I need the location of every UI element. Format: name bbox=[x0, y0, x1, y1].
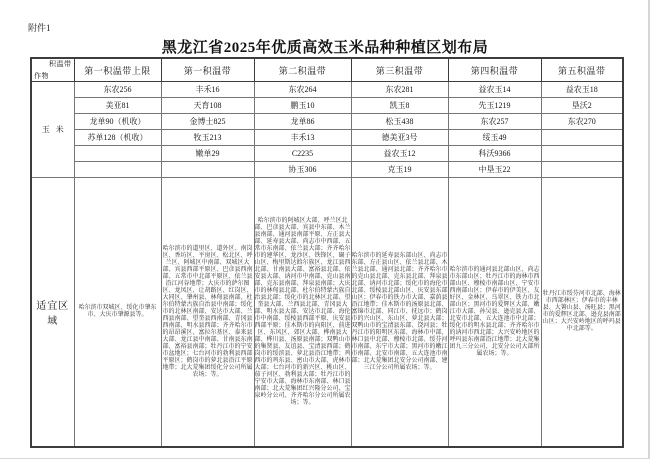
attachment-label: 附件1 bbox=[28, 21, 51, 34]
col-header-zone4: 第四积温带 bbox=[448, 58, 541, 82]
variety-cell: 德美亚3号 bbox=[351, 130, 448, 146]
variety-cell: 天育108 bbox=[161, 98, 254, 114]
variety-cell bbox=[541, 146, 623, 162]
variety-cell: 东农281 bbox=[351, 82, 448, 98]
variety-cell bbox=[74, 162, 161, 178]
variety-cell: 美亚81 bbox=[74, 98, 161, 114]
col-header-zone1: 第一积温带 bbox=[161, 58, 254, 82]
document-page: 附件1 黑龙江省2025年优质高效玉米品种种植区划布局 积温带 作物 第一积温带… bbox=[0, 0, 650, 459]
variety-cell: 丰禾16 bbox=[161, 82, 254, 98]
variety-cell bbox=[541, 162, 623, 178]
variety-cell: 金博士825 bbox=[161, 114, 254, 130]
variety-cell: 苏单128（机收） bbox=[74, 130, 161, 146]
page-title: 黑龙江省2025年优质高效玉米品种种植区划布局 bbox=[0, 36, 650, 57]
variety-cell: 东农256 bbox=[74, 82, 161, 98]
variety-cell: 中垦玉22 bbox=[448, 162, 541, 178]
col-header-zone3: 第三积温带 bbox=[351, 58, 448, 82]
corner-label-crop: 作物 bbox=[34, 71, 49, 81]
variety-cell: 嫩单29 bbox=[161, 146, 254, 162]
variety-cell: 先玉1219 bbox=[448, 98, 541, 114]
corner-label-zone: 积温带 bbox=[49, 59, 72, 69]
col-header-zone1-upper: 第一积温带上限 bbox=[74, 58, 161, 82]
variety-cell: 垦沃2 bbox=[541, 98, 623, 114]
variety-cell: 克玉19 bbox=[351, 162, 448, 178]
corner-cell: 积温带 作物 bbox=[31, 58, 74, 82]
variety-cell: 鹏玉10 bbox=[254, 98, 351, 114]
variety-row: 协玉306 克玉19 中垦玉22 bbox=[31, 162, 623, 178]
variety-cell bbox=[161, 162, 254, 178]
region-text-zone2: 哈尔滨市的阿城区大部、呼兰区北部、巴彦县大部、宾县中东部、木兰县南部、通河县南部… bbox=[254, 178, 351, 448]
crop-label: 玉米 bbox=[31, 82, 74, 178]
region-text-zone4: 哈尔滨市的通河县北部山区、尚志市东部山区；牡丹江市的海林市西部山区、穆棱市南部山… bbox=[448, 178, 541, 448]
region-text-zone5: 牡丹江市绥芬河市北部、海林市西部林区；伊春市的丰林县、大箐山县、汤旺县；黑河市的… bbox=[541, 178, 623, 448]
variety-row: 嫩单29 C2235 益农玉12 科沃9366 bbox=[31, 146, 623, 162]
variety-cell: 益农玉14 bbox=[448, 82, 541, 98]
col-header-zone5: 第五积温带 bbox=[541, 58, 623, 82]
variety-cell: 龙单90（机收） bbox=[74, 114, 161, 130]
zoning-table: 积温带 作物 第一积温带上限 第一积温带 第二积温带 第三积温带 第四积温带 第… bbox=[30, 57, 624, 448]
variety-cell bbox=[541, 130, 623, 146]
variety-cell: 绥玉49 bbox=[448, 130, 541, 146]
variety-cell: 龙单86 bbox=[254, 114, 351, 130]
variety-cell: 松玉438 bbox=[351, 114, 448, 130]
region-row: 适宜区域 哈尔滨市双城区、绥化市肇东市、大庆市肇源县等。 哈尔滨市的道里区、道外… bbox=[31, 178, 623, 448]
variety-cell: 牧玉213 bbox=[161, 130, 254, 146]
variety-row: 玉米 东农256 丰禾16 东农264 东农281 益农玉14 益农玉18 bbox=[31, 82, 623, 98]
variety-row: 美亚81 天育108 鹏玉10 凯玉8 先玉1219 垦沃2 bbox=[31, 98, 623, 114]
variety-row: 龙单90（机收） 金博士825 龙单86 松玉438 东农257 东农270 bbox=[31, 114, 623, 130]
header-row: 积温带 作物 第一积温带上限 第一积温带 第二积温带 第三积温带 第四积温带 第… bbox=[31, 58, 623, 82]
variety-cell: 丰禾13 bbox=[254, 130, 351, 146]
variety-cell: 东农270 bbox=[541, 114, 623, 130]
variety-cell: 东农264 bbox=[254, 82, 351, 98]
variety-cell: 益农玉12 bbox=[351, 146, 448, 162]
variety-cell: 科沃9366 bbox=[448, 146, 541, 162]
variety-cell bbox=[74, 146, 161, 162]
col-header-zone2: 第二积温带 bbox=[254, 58, 351, 82]
variety-cell: 益农玉18 bbox=[541, 82, 623, 98]
region-text-zone3: 哈尔滨市的延寿县东部山区、尚志市东部、方正县山区、依兰县北部、木兰县北部、通河县… bbox=[351, 178, 448, 448]
region-label: 适宜区域 bbox=[31, 178, 74, 448]
variety-cell: 凯玉8 bbox=[351, 98, 448, 114]
variety-cell: 东农257 bbox=[448, 114, 541, 130]
region-text-zone1-upper: 哈尔滨市双城区、绥化市肇东市、大庆市肇源县等。 bbox=[74, 178, 161, 448]
variety-cell: 协玉306 bbox=[254, 162, 351, 178]
variety-row: 苏单128（机收） 牧玉213 丰禾13 德美亚3号 绥玉49 bbox=[31, 130, 623, 146]
variety-cell: C2235 bbox=[254, 146, 351, 162]
region-text-zone1: 哈尔滨市的道里区、道外区、南岗区、香坊区、平房区、松北区、呼兰区、阿城区中南部、… bbox=[161, 178, 254, 448]
